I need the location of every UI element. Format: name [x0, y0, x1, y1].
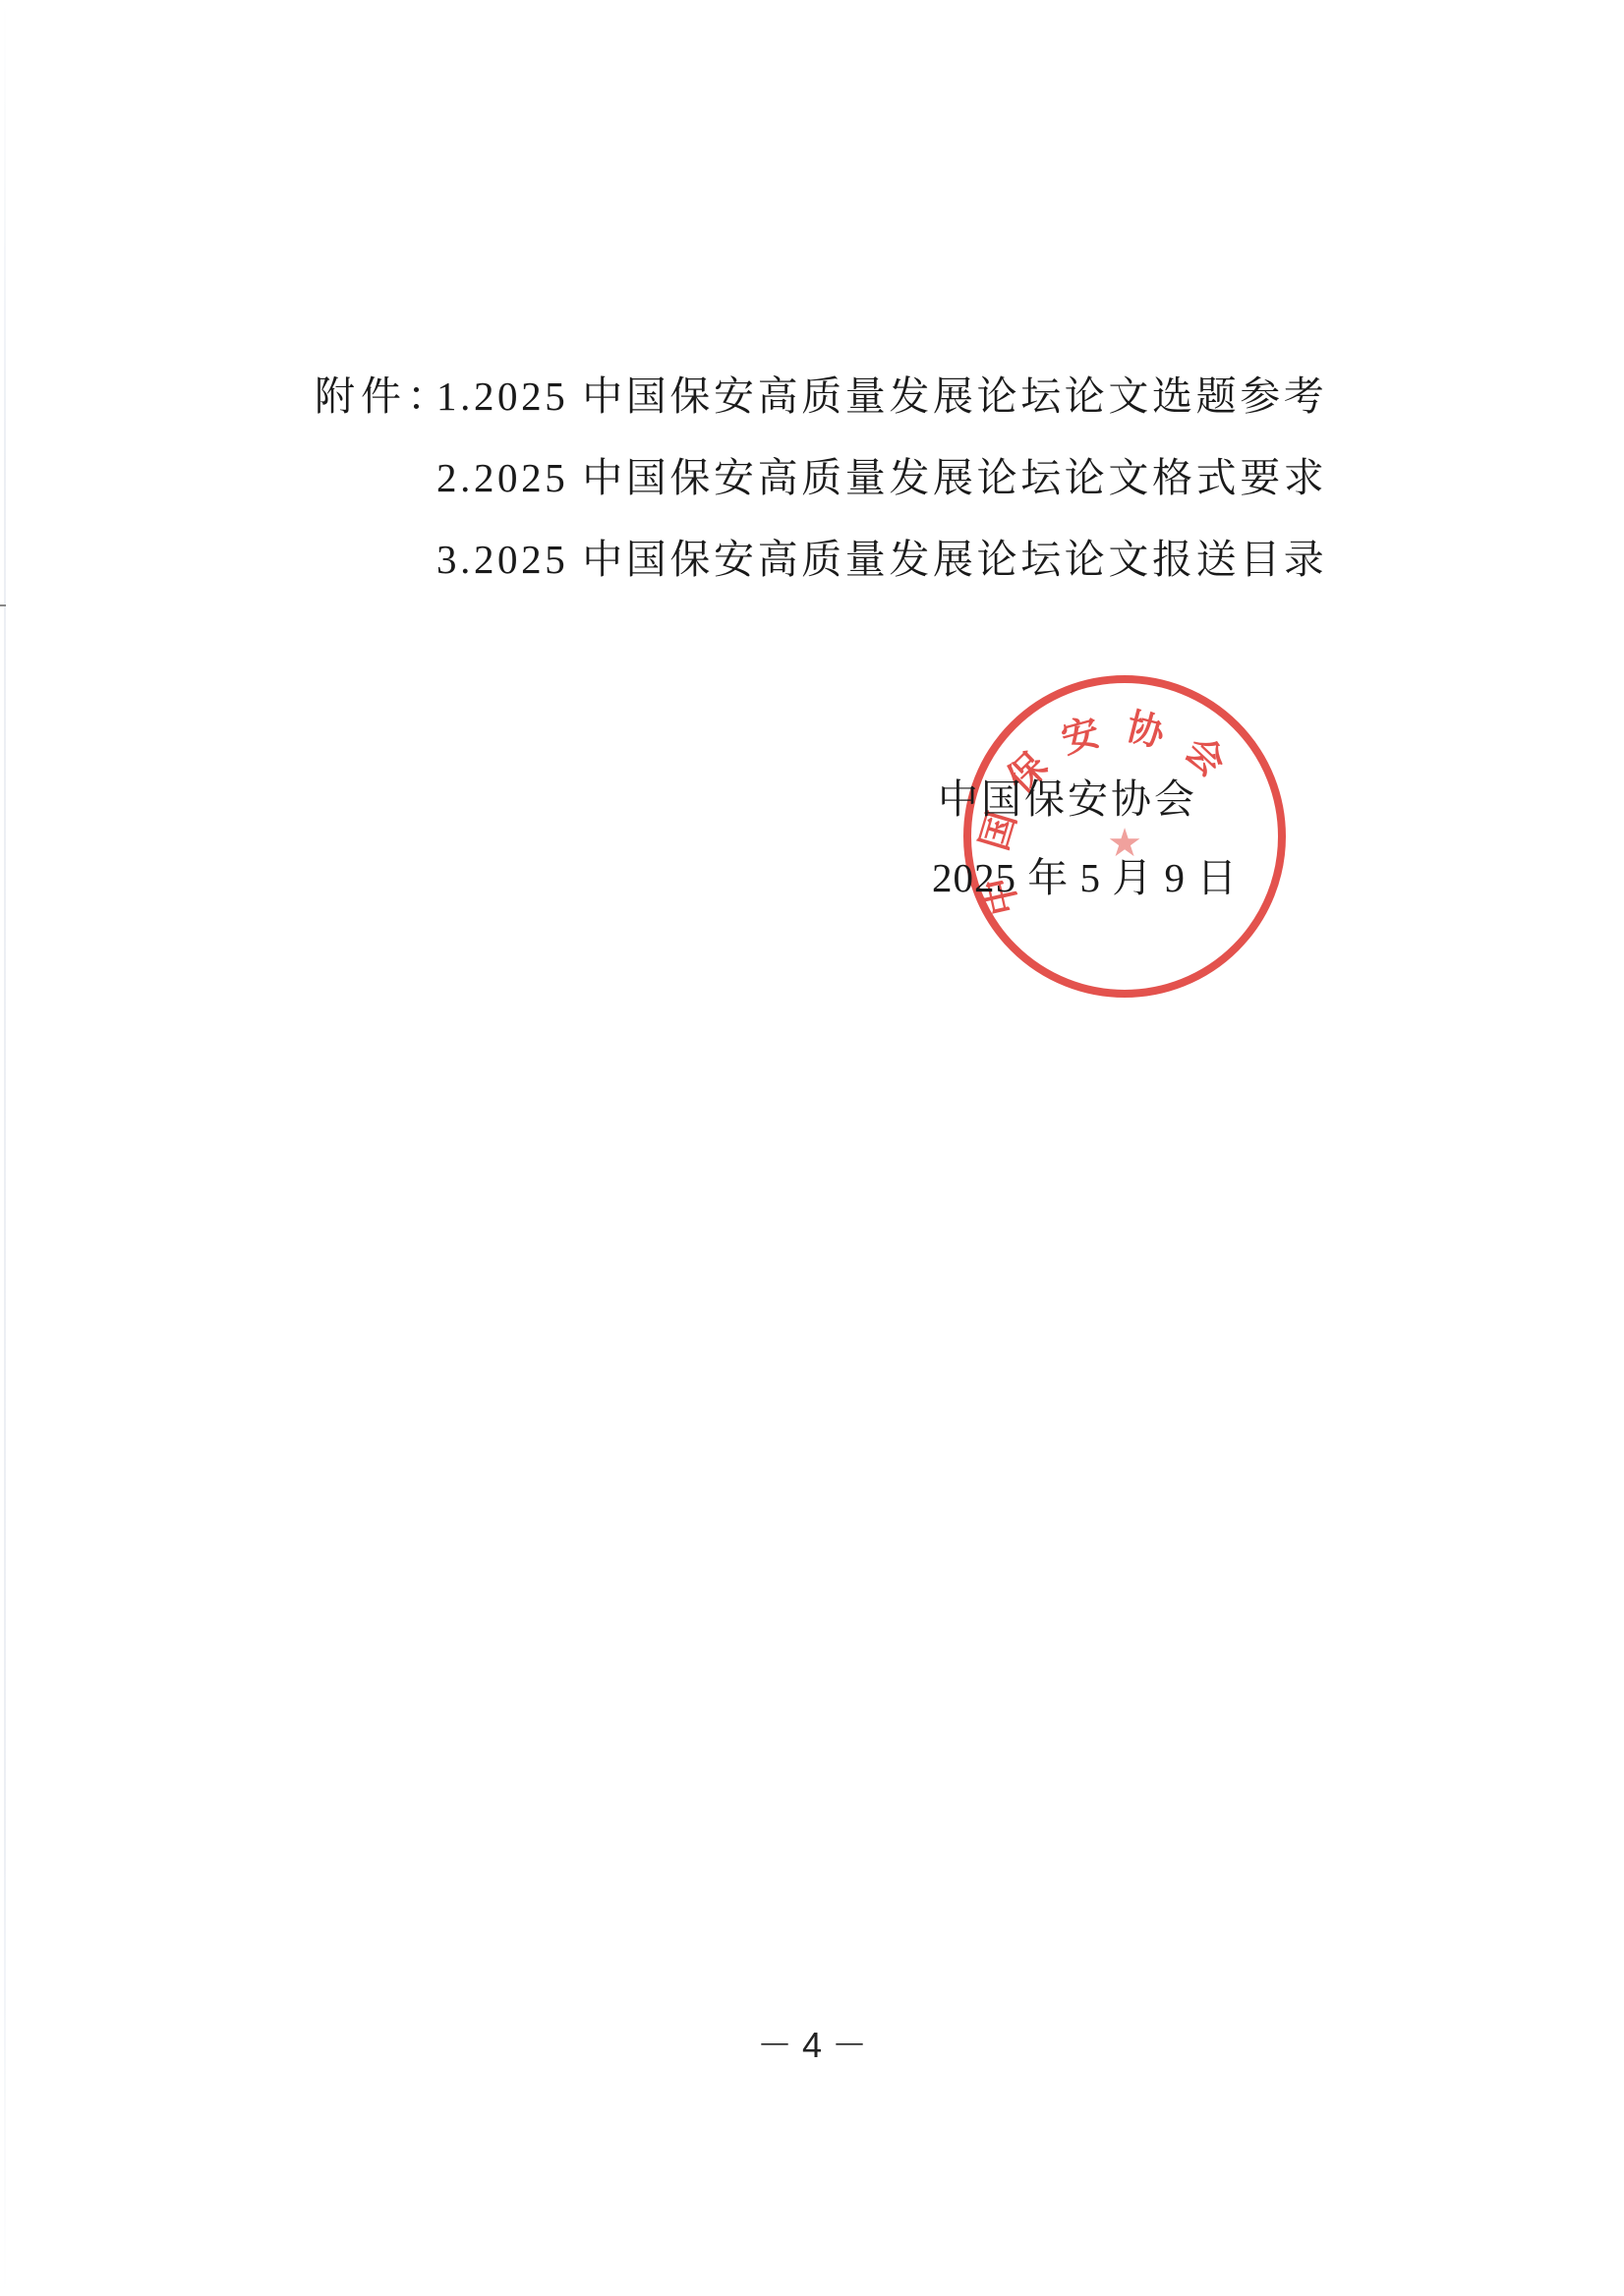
scan-margin-mark — [0, 604, 6, 606]
attachment-item-text: 1.2025 中国保安高质量发展论坛论文选题参考 — [436, 373, 1327, 419]
attachment-item-2: 2.2025 中国保安高质量发展论坛论文格式要求 — [436, 453, 1327, 502]
signing-date: 2025 年 5 月 9 日 — [932, 853, 1238, 902]
signing-organization: 中国保安协会 — [938, 775, 1197, 824]
attachment-item-1: 附件：1.2025 中国保安高质量发展论坛论文选题参考 — [315, 372, 1327, 421]
scan-edge-artifact — [4, 0, 6, 2296]
attachments-prefix: 附件： — [315, 372, 436, 421]
attachment-item-text: 2.2025 中国保安高质量发展论坛论文格式要求 — [436, 455, 1327, 500]
attachment-item-text: 3.2025 中国保安高质量发展论坛论文报送目录 — [436, 537, 1327, 582]
attachment-item-3: 3.2025 中国保安高质量发展论坛论文报送目录 — [436, 535, 1327, 584]
official-seal-stamp: 中国保安协会 ★ — [961, 673, 1288, 1000]
page-number: － 4 － — [0, 2018, 1624, 2068]
